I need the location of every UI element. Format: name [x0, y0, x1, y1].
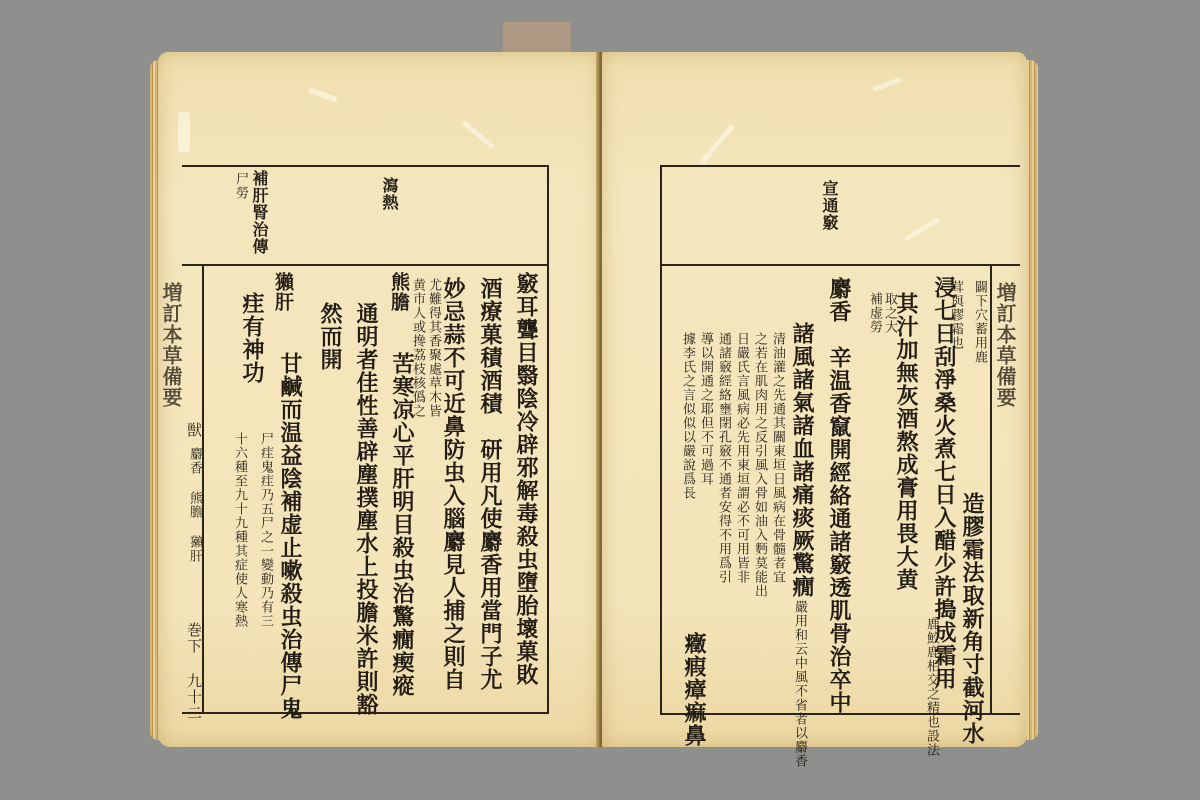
entry-heading-otter-liver: 獺肝 [274, 272, 292, 312]
spine-volume-page: 巻下 九十二 [186, 622, 202, 721]
header-note-a: 宣通竅 [820, 180, 838, 231]
open-book: 補肝腎治傳 尸勞 瀉熱 増訂本草備要 獣 麝香 熊膽 獺肝 巻下 九十二 竅耳聾… [150, 52, 1040, 747]
text-column-1: 竅耳聾目翳陰冷辟邪解毒殺虫墮胎壞菓敗 [514, 272, 538, 686]
entry-musk-column: 麝香 辛温香竄開經絡通諸竅透肌骨治卒中 [827, 277, 851, 714]
frame-right-rule [547, 165, 549, 713]
text-note-col-10: 嚴用和云中風不省者以麝香 [792, 600, 806, 768]
spine-book-title: 増訂本草備要 [160, 282, 182, 408]
spine-book-title: 増訂本草備要 [994, 282, 1016, 408]
text-note-col-14: 通諸竅經絡壅閉孔竅不通者安得不用爲引 [716, 332, 730, 584]
text-column-17: 癥瘕瘴痲鼻 [682, 632, 706, 747]
text-note-col-4: 尤難得其香聚處草木皆 [426, 278, 440, 418]
text-note-col-6: 補虚勞 [867, 292, 881, 334]
text-column-2: 酒療菓積酒積 研用凡使麝香用當門子尤 [478, 277, 502, 691]
text-column-3: 妙忌蒜不可近鼻防虫入腦麝見人捕之則自 [441, 277, 465, 691]
header-bottom-rule [660, 264, 1020, 266]
left-page: 補肝腎治傳 尸勞 瀉熱 増訂本草備要 獣 麝香 熊膽 獺肝 巻下 九十二 竅耳聾… [158, 52, 600, 747]
right-page: 宣通竅 増訂本草備要 造膠霜法取新角寸截河水 浸七日刮淨桑火煮七日入醋少許搗成霜… [602, 52, 1027, 747]
text-column-6: 苦寒凉心平肝明目殺虫治驚癇瘈瘲 [390, 352, 414, 697]
spine-divider-rule [990, 264, 992, 714]
frame-left-rule [660, 165, 662, 715]
text-note-col-13: 十六種至九十九種其症使人寒熱 [232, 432, 246, 628]
header-bottom-rule [182, 264, 547, 266]
text-note-col-11: 清油灌之先通其關東垣日風病在骨髓者宜 [770, 332, 784, 584]
text-note-col-13: 日嚴氏言風病必先用東垣謂必不可用皆非 [734, 332, 748, 584]
entry-heading-bear-bile: 熊膽 [390, 272, 408, 312]
text-column-11: 疰有神功 [240, 292, 264, 384]
text-column-9: 諸風諸氣諸血諸痛痰厥驚癇 [790, 322, 814, 598]
text-note-col-15: 導以開通之耶但不可過耳 [698, 332, 712, 486]
text-note-col-5: 取之大 [882, 292, 896, 334]
text-note-col-4: 鹿鮫鹿相交之精也設法 [924, 617, 938, 757]
header-note-a-side: 尸勞 [233, 172, 247, 200]
text-note-col-7: 闢下穴蓄用鹿 [972, 280, 986, 364]
text-column-8: 然而開 [318, 302, 342, 371]
header-top-rule [182, 165, 547, 167]
text-column-7: 通明者佳性善辟塵撲塵水上投膽米許則豁 [354, 302, 378, 716]
header-note-a: 補肝腎治傳 [250, 170, 268, 255]
text-column-3: 其汁加無灰酒熬成膏用畏大黄 [894, 292, 918, 591]
header-top-rule [660, 165, 1020, 167]
text-note-col-16: 據李氏之言似似以嚴說爲長 [680, 332, 694, 500]
header-note-b: 瀉熱 [380, 177, 398, 211]
spine-section: 獣 [186, 422, 202, 438]
text-column-10: 甘鹹而温益陰補虚止嗽殺虫治傳尸鬼 [278, 352, 302, 720]
text-note-col-8: 茸與膠霜也 [948, 280, 962, 350]
text-column-1: 造膠霜法取新角寸截河水 [960, 492, 984, 745]
text-note-col-12: 尸疰鬼疰乃五尸之一變動乃有三 [258, 432, 272, 628]
spine-entries: 麝香 熊膽 獺肝 [186, 447, 202, 563]
text-note-col-12: 之若在肌肉用之反引風入骨如油入麪莫能出 [752, 332, 766, 598]
